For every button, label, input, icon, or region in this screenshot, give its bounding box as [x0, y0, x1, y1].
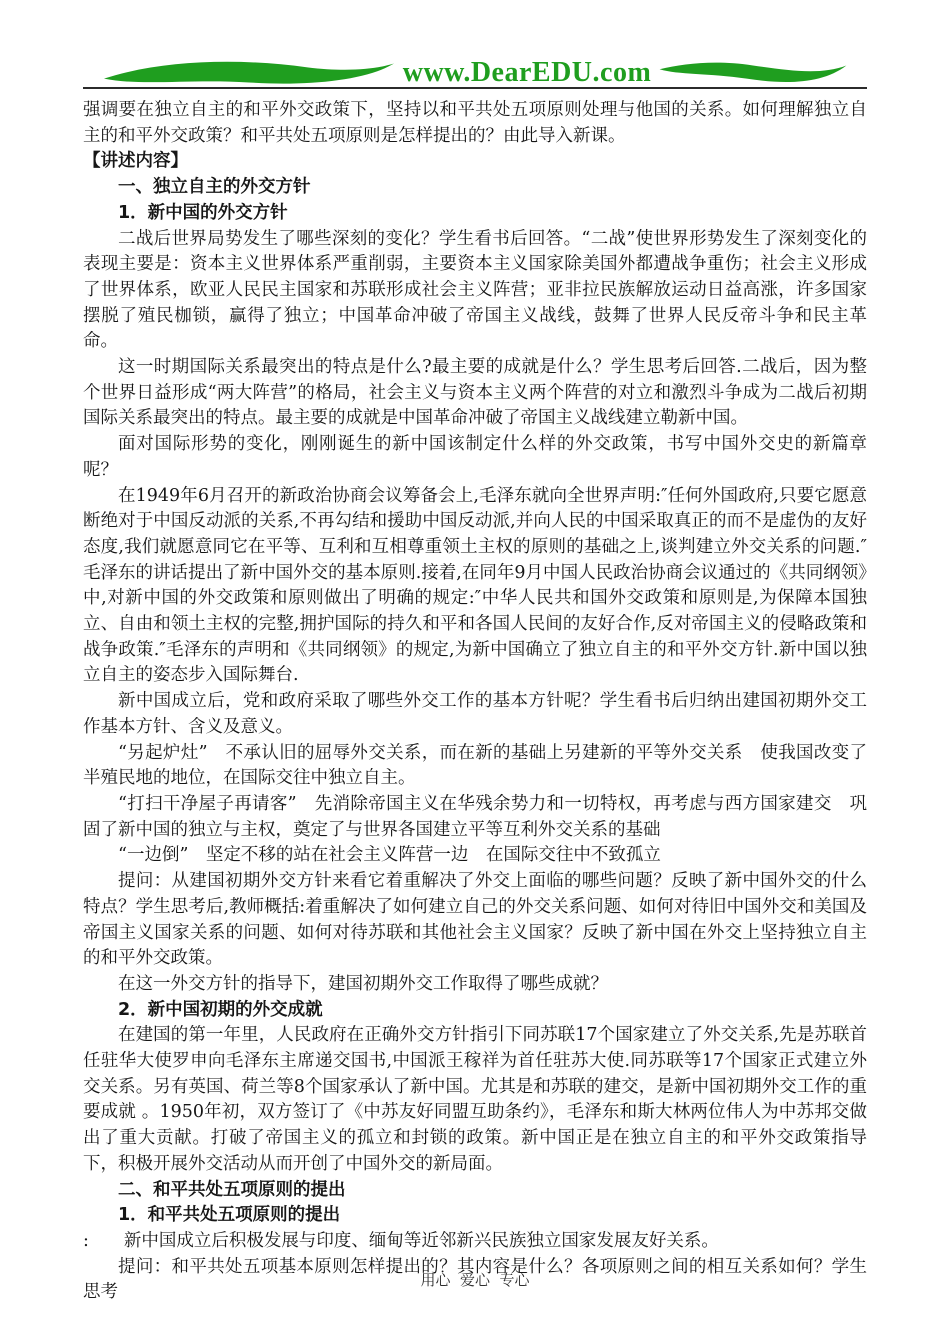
paragraph-policy-clean-house: “打扫干净屋子再请客” 先消除帝国主义在华残余势力和一切特权，再考虑与西方国家建… — [83, 792, 867, 843]
paragraph-basic-policies-intro: 新中国成立后，党和政府采取了哪些外交工作的基本方针呢？学生看书后归纳出建国初期外… — [83, 689, 867, 740]
heading-section-2: 二、和平共处五项原则的提出 — [83, 1178, 867, 1204]
header: www.DearEDU.com — [0, 0, 950, 89]
swoosh-ribbon-icon — [659, 56, 847, 90]
heading-section-1: 一、独立自主的外交方针 — [83, 175, 867, 201]
logo-text: www.DearEDU.com — [403, 57, 652, 89]
footer-motto: 用心 爱心 专心 — [0, 1269, 950, 1290]
paragraph-achievements-question: 在这一外交方针的指导下，建国初期外交工作取得了哪些成就？ — [83, 972, 867, 998]
document-body: 强调要在独立自主的和平外交政策下，坚持以和平共处五项原则处理与他国的关系。如何理… — [83, 98, 867, 1306]
dearedu-logo: www.DearEDU.com — [80, 52, 870, 94]
paragraph-mao-declaration: 在1949年6月召开的新政治协商会议筹备会上,毛泽东就向全世界声明:″任何外国政… — [83, 484, 867, 690]
heading-subsection-1-1: 1．新中国的外交方针 — [83, 201, 867, 227]
paragraph-policy-new-stove: “另起炉灶” 不承认旧的屈辱外交关系，而在新的基础上另建新的平等外交关系 使我国… — [83, 741, 867, 792]
paragraph-policy-lean-one-side: “一边倒” 坚定不移的站在社会主义阵营一边 在国际交往中不致孤立 — [83, 843, 867, 869]
heading-subsection-2-1: 1．和平共处五项原则的提出 — [83, 1203, 867, 1229]
swoosh-ribbon-icon — [103, 56, 395, 90]
document-page: www.DearEDU.com 强调要在独立自主的和平外交政策下，坚持以和平共处… — [0, 0, 950, 1344]
paragraph-postwar-changes: 二战后世界局势发生了哪些深刻的变化？学生看书后回答。“二战”使世界形势发生了深刻… — [83, 227, 867, 356]
paragraph-facing-situation: 面对国际形势的变化，刚刚诞生的新中国该制定什么样的外交政策，书写中国外交史的新篇… — [83, 432, 867, 483]
heading-lecture-content: 【讲述内容】 — [83, 149, 867, 175]
paragraph-two-camps: 这一时期国际关系最突出的特点是什么?最主要的成就是什么？学生思考后回答.二战后，… — [83, 355, 867, 432]
paragraph-early-achievements: 在建国的第一年里，人民政府在正确外交方针指引下同苏联17个国家建立了外交关系,先… — [83, 1023, 867, 1177]
paragraph-lead-in: 强调要在独立自主的和平外交政策下，坚持以和平共处五项原则处理与他国的关系。如何理… — [83, 98, 867, 149]
heading-subsection-1-2: 2．新中国初期的外交成就 — [83, 998, 867, 1024]
paragraph-question-summary: 提问：从建国初期外交方针来看它着重解决了外交上面临的哪些问题？反映了新中国外交的… — [83, 869, 867, 972]
paragraph-neighbor-relations: : 新中国成立后积极发展与印度、缅甸等近邻新兴民族独立国家发展友好关系。 — [83, 1229, 867, 1255]
